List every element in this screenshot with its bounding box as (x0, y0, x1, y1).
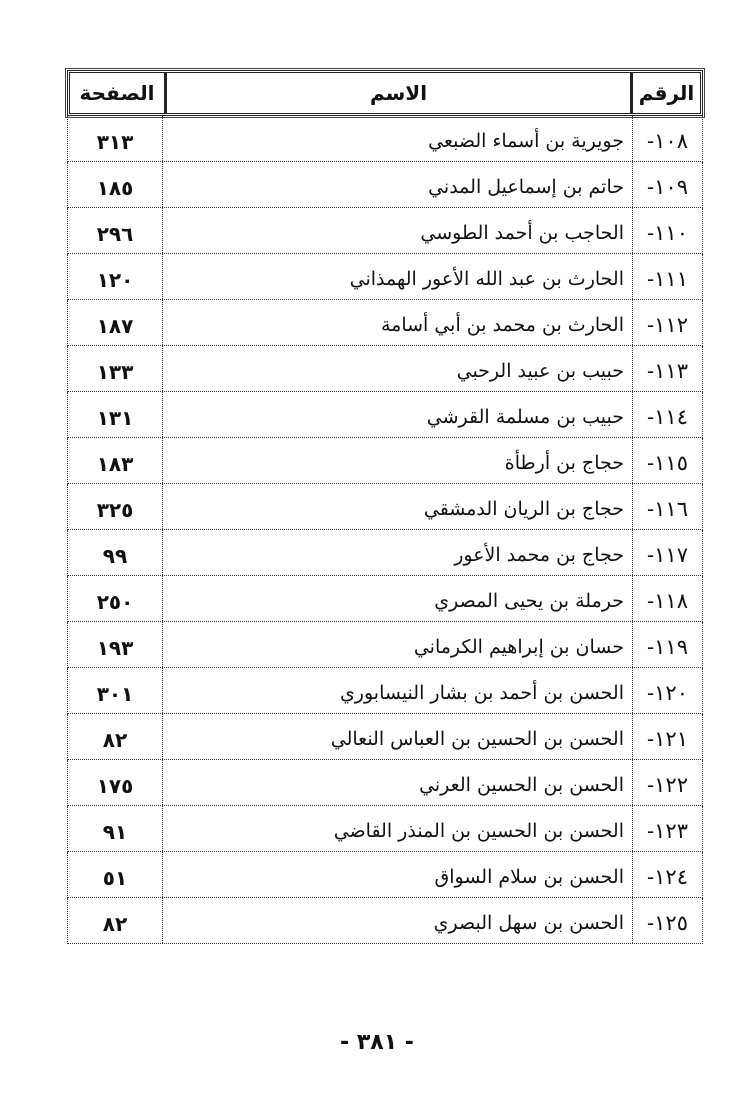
header-name: الاسم (164, 73, 630, 113)
row-page: ٨٢ (68, 898, 162, 943)
row-page: ٣٠١ (68, 668, 162, 713)
row-number: ١١٦- (632, 484, 702, 529)
table-row: ١١٦- حجاج بن الريان الدمشقي ٣٢٥ (67, 484, 703, 530)
table-row: ١٢٥- الحسن بن سهل البصري ٨٢ (67, 898, 703, 944)
row-name: الحارث بن عبد الله الأعور الهمذاني (162, 254, 632, 299)
table-row: ١٢١- الحسن بن الحسين بن العباس النعالي ٨… (67, 714, 703, 760)
document-page: الرقم الاسم الصفحة ١٠٨- جويرية بن أسماء … (0, 0, 754, 1104)
row-number: ١٢٤- (632, 852, 702, 897)
row-name: جويرية بن أسماء الضبعي (162, 116, 632, 161)
table-row: ١٢٣- الحسن بن الحسين بن المنذر القاضي ٩١ (67, 806, 703, 852)
table-row: ١٠٨- جويرية بن أسماء الضبعي ٣١٣ (67, 116, 703, 162)
row-name: حبيب بن مسلمة القرشي (162, 392, 632, 437)
header-number: الرقم (630, 73, 700, 113)
row-number: ١٠٨- (632, 116, 702, 161)
page-number: - ٣٨١ - (0, 1030, 754, 1055)
row-page: ١٧٥ (68, 760, 162, 805)
row-number: ١٢٣- (632, 806, 702, 851)
row-page: ٣١٣ (68, 116, 162, 161)
table-row: ١١١- الحارث بن عبد الله الأعور الهمذاني … (67, 254, 703, 300)
row-page: ١٩٣ (68, 622, 162, 667)
row-name: الحسن بن الحسين بن المنذر القاضي (162, 806, 632, 851)
row-number: ١٢٥- (632, 898, 702, 943)
row-page: ١٣٣ (68, 346, 162, 391)
row-name: حجاج بن أرطأة (162, 438, 632, 483)
row-page: ٨٢ (68, 714, 162, 759)
row-number: ١١٣- (632, 346, 702, 391)
row-name: الحسن بن سلام السواق (162, 852, 632, 897)
row-number: ١١٥- (632, 438, 702, 483)
row-page: ٣٢٥ (68, 484, 162, 529)
row-name: حبيب بن عبيد الرحبي (162, 346, 632, 391)
row-page: ٥١ (68, 852, 162, 897)
header-page: الصفحة (70, 73, 164, 113)
table-row: ١١٩- حسان بن إبراهيم الكرماني ١٩٣ (67, 622, 703, 668)
row-number: ١١٧- (632, 530, 702, 575)
row-number: ١٢١- (632, 714, 702, 759)
row-number: ١١٤- (632, 392, 702, 437)
row-name: حرملة بن يحيى المصري (162, 576, 632, 621)
row-name: الحاجب بن أحمد الطوسي (162, 208, 632, 253)
row-number: ١١٨- (632, 576, 702, 621)
row-name: حجاج بن محمد الأعور (162, 530, 632, 575)
row-number: ١٠٩- (632, 162, 702, 207)
row-page: ١٣١ (68, 392, 162, 437)
table-row: ١١٧- حجاج بن محمد الأعور ٩٩ (67, 530, 703, 576)
row-name: حاتم بن إسماعيل المدني (162, 162, 632, 207)
table-row: ١١٣- حبيب بن عبيد الرحبي ١٣٣ (67, 346, 703, 392)
table-row: ١٠٩- حاتم بن إسماعيل المدني ١٨٥ (67, 162, 703, 208)
table-row: ١١٢- الحارث بن محمد بن أبي أسامة ١٨٧ (67, 300, 703, 346)
row-page: ٢٥٠ (68, 576, 162, 621)
row-name: حسان بن إبراهيم الكرماني (162, 622, 632, 667)
row-number: ١٢٢- (632, 760, 702, 805)
index-table: الرقم الاسم الصفحة ١٠٨- جويرية بن أسماء … (67, 70, 703, 944)
table-row: ١١٨- حرملة بن يحيى المصري ٢٥٠ (67, 576, 703, 622)
row-page: ١٢٠ (68, 254, 162, 299)
row-page: ١٨٧ (68, 300, 162, 345)
row-page: ٩١ (68, 806, 162, 851)
table-body: ١٠٨- جويرية بن أسماء الضبعي ٣١٣ ١٠٩- حات… (67, 116, 703, 944)
row-name: الحارث بن محمد بن أبي أسامة (162, 300, 632, 345)
row-name: الحسن بن الحسين بن العباس النعالي (162, 714, 632, 759)
row-name: الحسن بن الحسين العرني (162, 760, 632, 805)
row-page: ٢٩٦ (68, 208, 162, 253)
row-number: ١١٩- (632, 622, 702, 667)
table-row: ١٢٠- الحسن بن أحمد بن بشار النيسابوري ٣٠… (67, 668, 703, 714)
table-row: ١١٤- حبيب بن مسلمة القرشي ١٣١ (67, 392, 703, 438)
row-name: الحسن بن سهل البصري (162, 898, 632, 943)
row-page: ١٨٣ (68, 438, 162, 483)
row-number: ١١١- (632, 254, 702, 299)
row-page: ٩٩ (68, 530, 162, 575)
row-page: ١٨٥ (68, 162, 162, 207)
row-name: حجاج بن الريان الدمشقي (162, 484, 632, 529)
table-header: الرقم الاسم الصفحة (67, 70, 703, 116)
row-number: ١١٢- (632, 300, 702, 345)
table-row: ١١٠- الحاجب بن أحمد الطوسي ٢٩٦ (67, 208, 703, 254)
row-number: ١١٠- (632, 208, 702, 253)
row-number: ١٢٠- (632, 668, 702, 713)
table-row: ١٢٢- الحسن بن الحسين العرني ١٧٥ (67, 760, 703, 806)
row-name: الحسن بن أحمد بن بشار النيسابوري (162, 668, 632, 713)
table-row: ١٢٤- الحسن بن سلام السواق ٥١ (67, 852, 703, 898)
table-row: ١١٥- حجاج بن أرطأة ١٨٣ (67, 438, 703, 484)
